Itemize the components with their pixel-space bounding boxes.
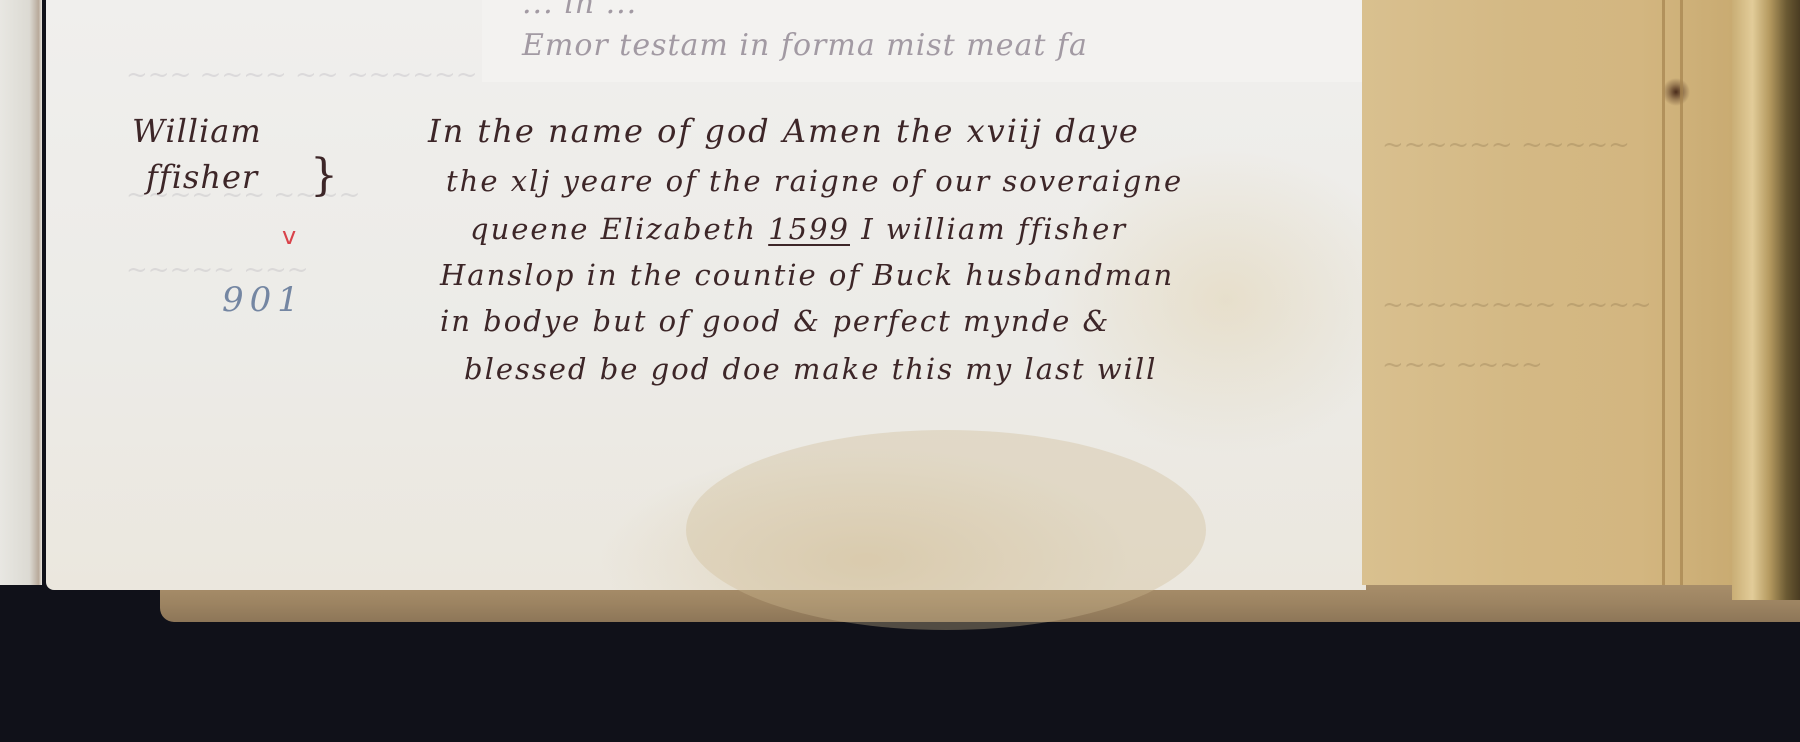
will-line-6: blessed be god doe make this my last wil… — [464, 352, 1157, 386]
will-line-5: in bodye but of good & perfect mynde & — [440, 304, 1110, 338]
will-line-3: queene Elizabeth 1599 I william ffisher — [470, 212, 1127, 246]
faded-header-line: Emor testam in forma mist meat fa — [522, 28, 1088, 63]
faded-header-strip: ... in ... Emor testam in forma mist mea… — [482, 0, 1407, 82]
bleed-through-text: ~~~~~~~~ ~~~~ — [1382, 290, 1652, 320]
bleed-through-text: ~~~ ~~~~ — [1382, 350, 1543, 380]
paper-fold-line — [1662, 0, 1665, 585]
testator-first-name: William — [132, 112, 262, 150]
will-date: 1599 — [768, 212, 850, 246]
book-binding-edge — [1732, 0, 1800, 600]
bleed-through-text: ~~~~~~ ~~~~~ — [1382, 130, 1630, 160]
bleed-through-text: ~~~ ~~~~ ~~ ~~~~~~ — [126, 60, 478, 90]
faded-header-line: ... in ... — [522, 0, 637, 21]
tan-paper-overlay: ~~~~~~ ~~~~~ ~~~~~~~~ ~~~~ ~~~ ~~~~ — [1362, 0, 1732, 585]
will-line-2: the xlj yeare of the raigne of our sover… — [446, 164, 1183, 198]
manuscript-photo: ~~~ ~~~~ ~~ ~~~~~~ ~~~~ ~~ ~~~~ ~~~~~ ~~… — [0, 0, 1800, 742]
manuscript-page: ~~~ ~~~~ ~~ ~~~~~~ ~~~~ ~~ ~~~~ ~~~~~ ~~… — [46, 0, 1366, 590]
water-stain — [686, 430, 1206, 630]
left-page-edge — [0, 0, 42, 585]
folio-number: 901 — [222, 280, 305, 320]
name-bracket: } — [310, 150, 338, 201]
will-line-3-prefix: queene Elizabeth — [470, 212, 768, 246]
will-line-1: In the name of god Amen the xviij daye — [428, 112, 1140, 150]
paper-fold-line — [1680, 0, 1683, 585]
red-check-mark: v — [282, 222, 296, 250]
will-line-4: Hanslop in the countie of Buck husbandma… — [440, 258, 1174, 292]
will-line-3-suffix: I william ffisher — [850, 212, 1127, 246]
testator-surname: ffisher — [146, 158, 258, 196]
